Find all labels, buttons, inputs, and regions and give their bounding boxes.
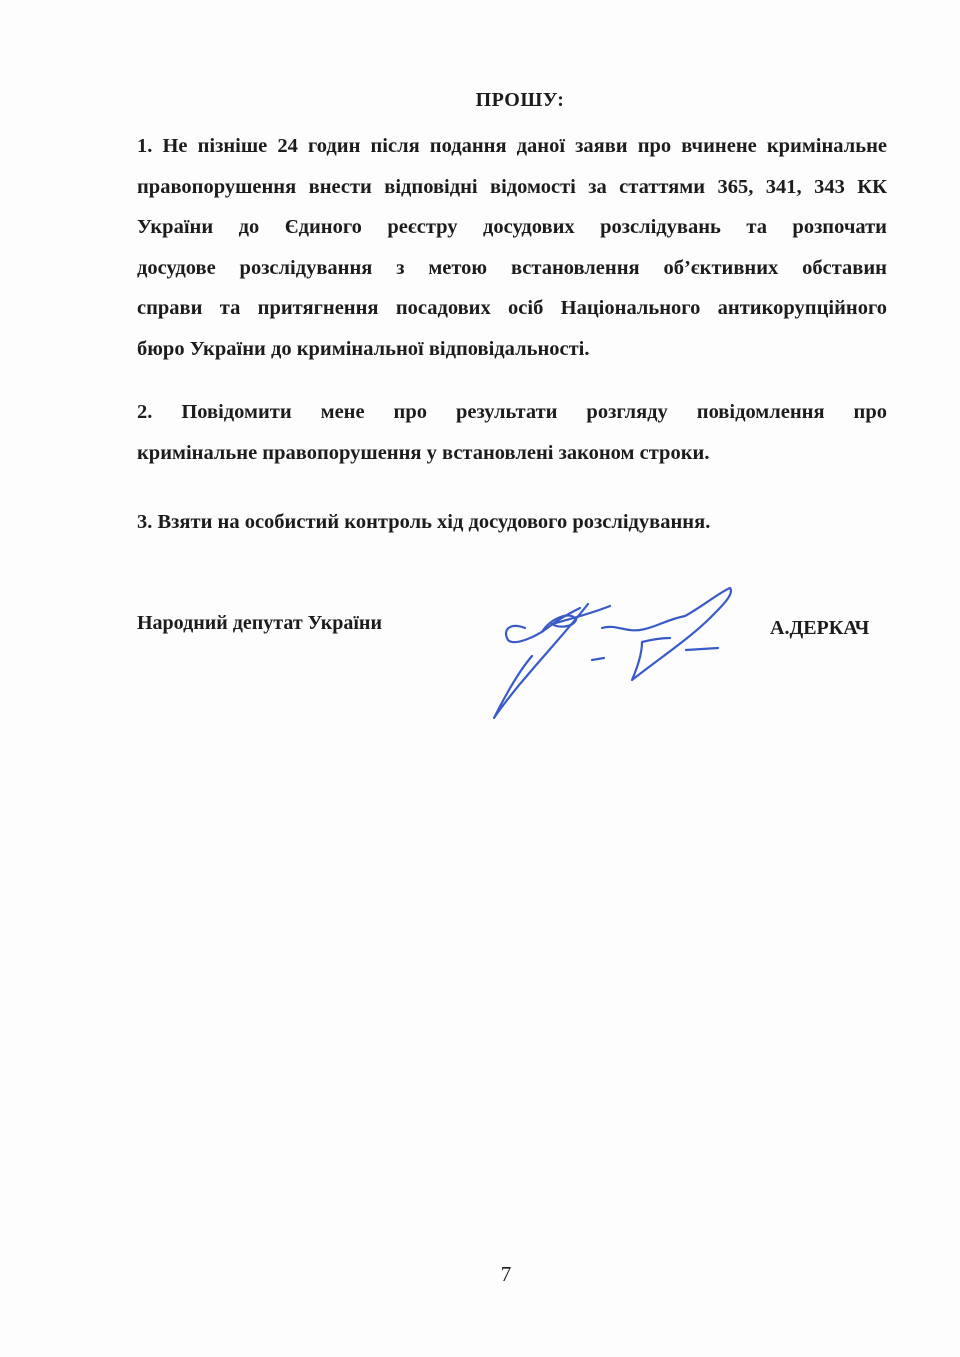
signatory-name: А.ДЕРКАЧ — [770, 617, 869, 640]
request-heading: ПРОШУ: — [0, 89, 960, 112]
text-line: кримінальне правопорушення у встановлені… — [137, 433, 887, 474]
request-item-3: 3. Взяти на особистий контроль хід досуд… — [137, 502, 887, 543]
handwritten-signature — [480, 580, 740, 730]
text-line: України до Єдиного реєстру досудових роз… — [137, 207, 887, 248]
signatory-role: Народний депутат України — [137, 612, 382, 635]
text-line: справи та притягнення посадових осіб Нац… — [137, 288, 887, 329]
text-line: досудове розслідування з метою встановле… — [137, 248, 887, 289]
text-line: 2. Повідомити мене про результати розгля… — [137, 392, 887, 433]
request-item-2: 2. Повідомити мене про результати розгля… — [137, 392, 887, 473]
text-line: 3. Взяти на особистий контроль хід досуд… — [137, 502, 887, 543]
page-number: 7 — [0, 1262, 960, 1287]
text-line: 1. Не пізніше 24 годин після подання дан… — [137, 126, 887, 167]
request-item-1: 1. Не пізніше 24 годин після подання дан… — [137, 126, 887, 369]
text-line: правопорушення внести відповідні відомос… — [137, 167, 887, 208]
text-line: бюро України до кримінальної відповідаль… — [137, 329, 887, 370]
document-page: ПРОШУ: 1. Не пізніше 24 годин після пода… — [0, 0, 960, 1357]
